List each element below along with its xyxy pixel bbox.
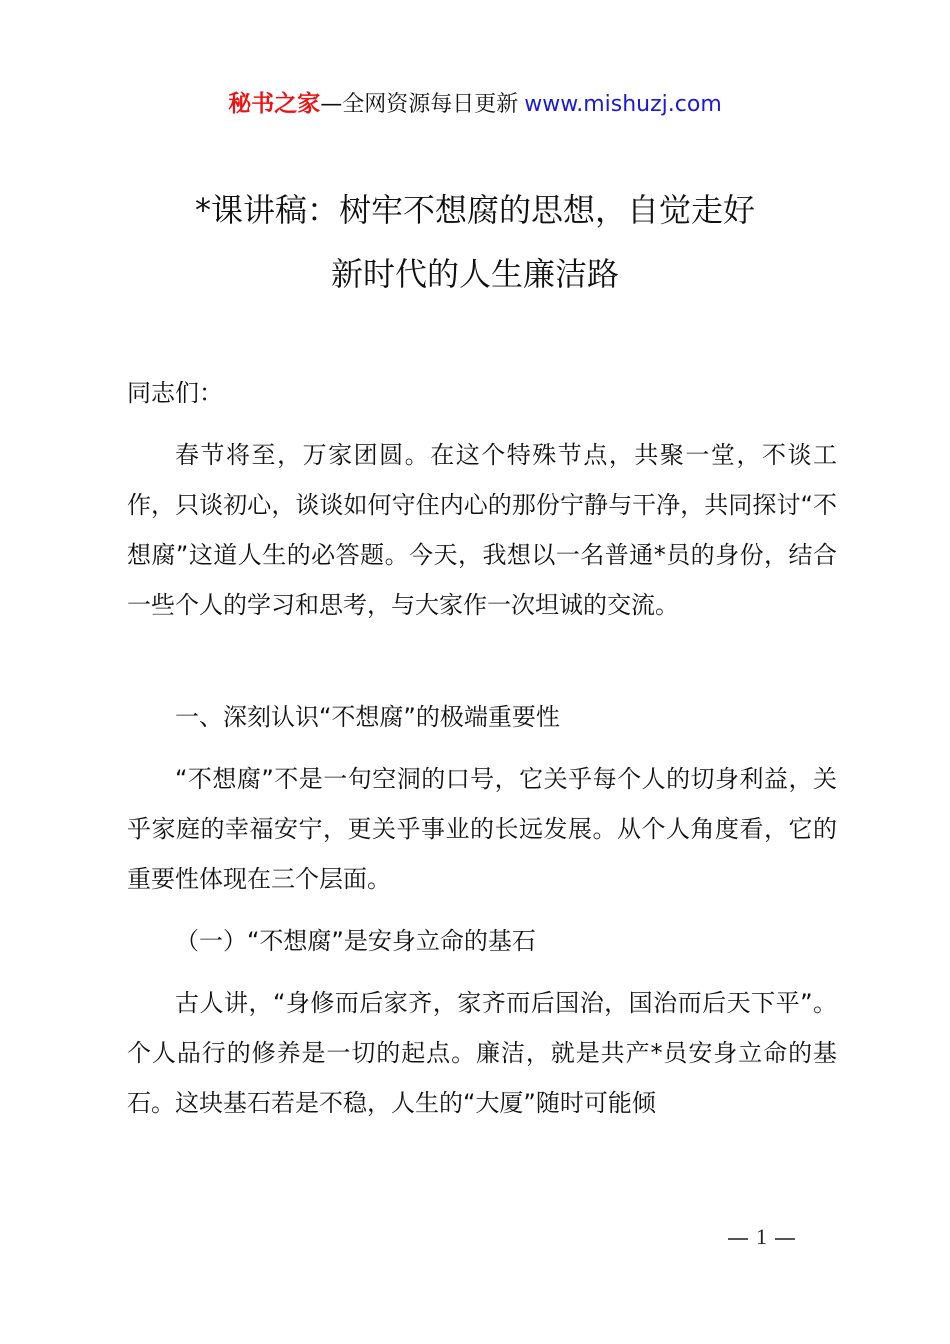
title-line-1: *课讲稿：树牢不想腐的思想，自觉走好 [0,178,950,242]
page-number-value: 1 [756,1224,767,1249]
title-line-2: 新时代的人生廉洁路 [0,242,950,306]
site-header: 秘书之家—全网资源每日更新www.mishuzj.com [0,86,950,123]
subsection-1-paragraph: 古人讲，“身修而后家齐，家齐而后国治，国治而后天下平”。个人品行的修养是一切的起… [127,978,837,1128]
salutation: 同志们： [127,368,223,418]
subsection-heading-block: （一）“不想腐”是安身立命的基石 [127,916,837,966]
section-1-paragraph: “不想腐”不是一句空洞的口号，它关乎每个人的切身利益，关乎家庭的幸福安宁，更关乎… [127,754,837,904]
intro-paragraph-block: 春节将至，万家团圆。在这个特殊节点，共聚一堂，不谈工作，只谈初心，谈谈如何守住内… [127,430,837,630]
intro-paragraph: 春节将至，万家团圆。在这个特殊节点，共聚一堂，不谈工作，只谈初心，谈谈如何守住内… [127,430,837,630]
site-url-link[interactable]: www.mishuzj.com [524,92,721,117]
dash-right-icon [775,1238,795,1240]
section-heading-block: 一、深刻认识“不想腐”的极端重要性 [127,692,837,742]
site-name: 秘书之家 [228,91,320,117]
subsection-1-heading: （一）“不想腐”是安身立命的基石 [127,916,837,966]
subsection-1-body-block: 古人讲，“身修而后家齐，家齐而后国治，国治而后天下平”。个人品行的修养是一切的起… [127,978,837,1128]
site-tagline: —全网资源每日更新 [320,92,518,117]
section-1-body-block: “不想腐”不是一句空洞的口号，它关乎每个人的切身利益，关乎家庭的幸福安宁，更关乎… [127,754,837,904]
dash-left-icon [728,1238,748,1240]
page-number: 1 [720,1222,800,1252]
document-page: 秘书之家—全网资源每日更新www.mishuzj.com *课讲稿：树牢不想腐的… [0,0,950,1344]
section-1-heading: 一、深刻认识“不想腐”的极端重要性 [127,692,837,742]
document-title: *课讲稿：树牢不想腐的思想，自觉走好 新时代的人生廉洁路 [0,178,950,306]
